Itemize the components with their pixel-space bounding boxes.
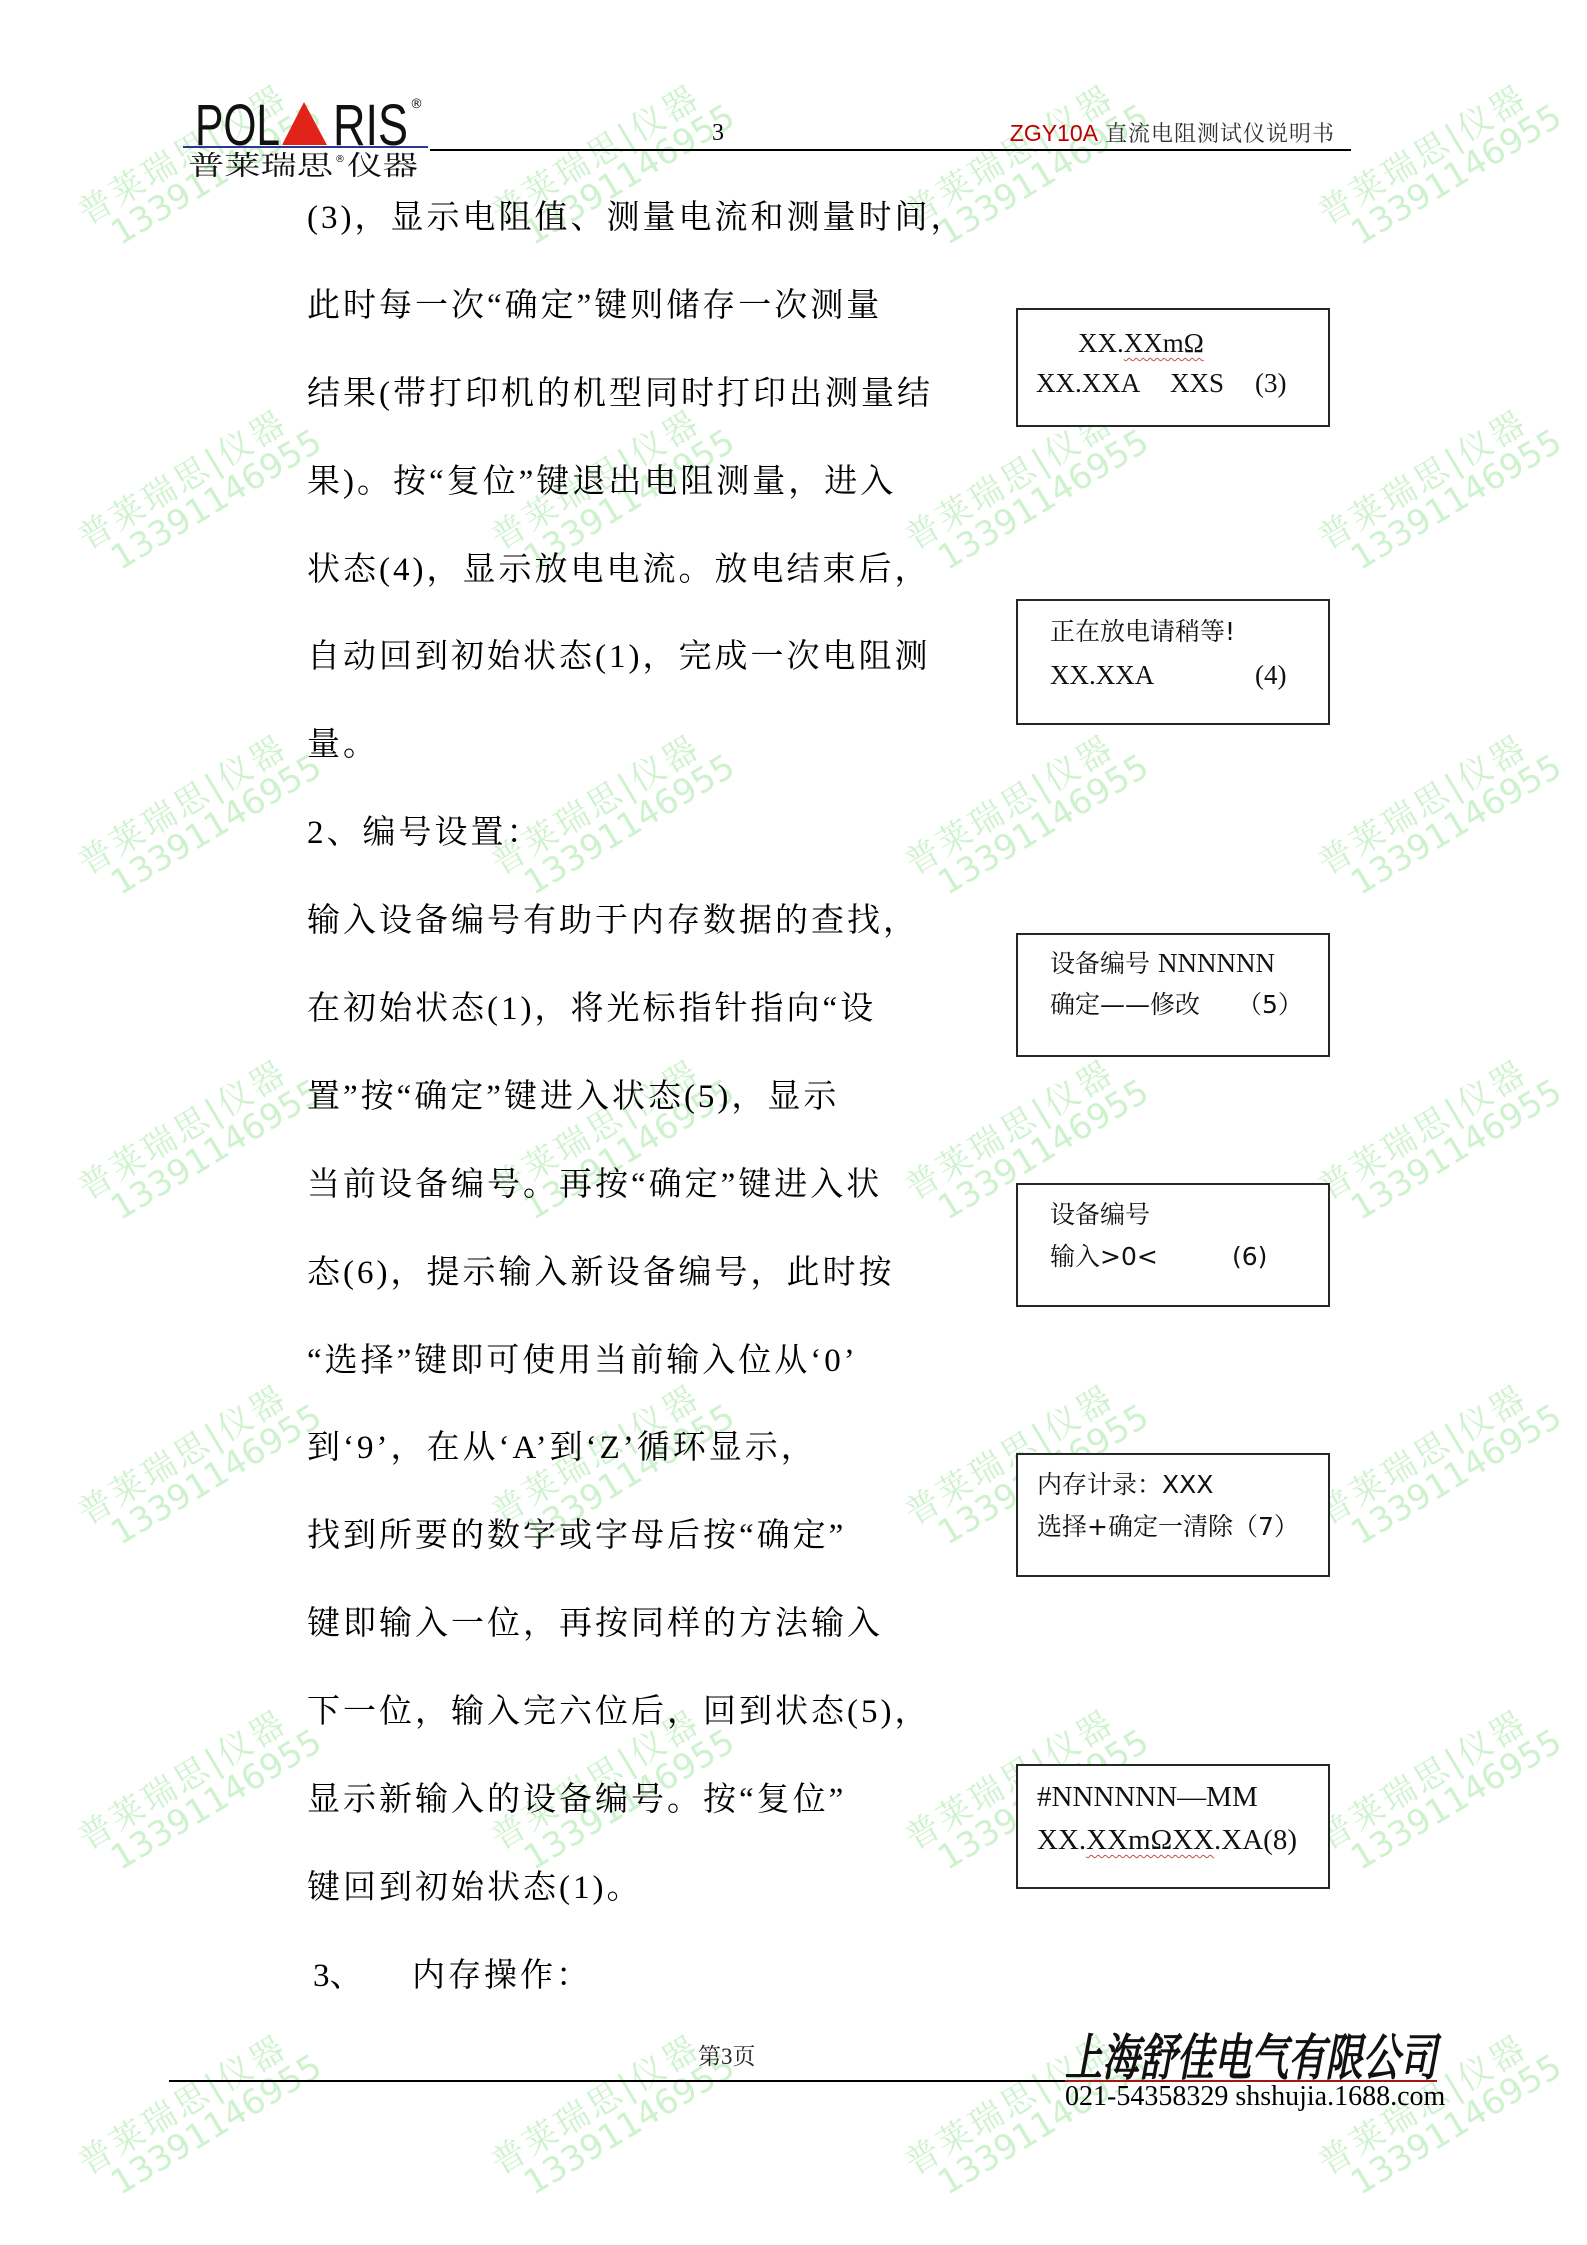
watermark: 普莱瑞思|仪器13391146955 [1313,1695,1567,1885]
lcd-panel-state-6: 设备编号 输入>0< (6) [1016,1183,1330,1307]
watermark-phone: 13391146955 [1330,1724,1567,1885]
company-contact: 021-54358329 shshujia.1688.com [1065,2081,1445,2113]
lcd-state-label: （5） [1237,989,1303,1021]
logo-chinese-suffix: 仪器 [347,151,418,182]
watermark-brand: 普莱瑞思|仪器 [73,1370,310,1531]
body-line: 找到所要的数字或字母后按“确定” [307,1516,846,1556]
watermark-phone: 13391146955 [90,424,327,585]
lcd-record-id: #NNNNNN—MM [1037,1781,1258,1813]
watermark: 普莱瑞思|仪器13391146955 [73,1695,327,1885]
watermark: 普莱瑞思|仪器13391146955 [1313,720,1567,910]
body-line: 自动回到初始状态(1)，完成一次电阻测 [307,637,930,677]
body-line: 置”按“确定”键进入状态(5)，显示 [307,1077,839,1117]
watermark-brand: 普莱瑞思|仪器 [73,720,310,881]
body-line: “选择”键即可使用当前输入位从‘0’ [307,1341,858,1381]
watermark: 普莱瑞思|仪器13391146955 [73,2020,327,2210]
lcd-current: XX.XXA [1050,659,1154,691]
lcd-hint: 确定——修改 [1050,989,1200,1021]
body-line: 键回到初始状态(1)。 [307,1868,642,1908]
polaris-logo: POL RIS ® 普莱瑞思 ® 仪器 [183,95,433,185]
lcd-row: 设备编号NNNNNN [1050,947,1275,979]
watermark-phone: 13391146955 [90,749,327,910]
watermark: 普莱瑞思|仪器13391146955 [1313,1045,1567,1235]
footer-page-label: 第3页 [698,2042,756,2072]
lcd-panel-state-5: 设备编号NNNNNN 确定——修改 （5） [1016,933,1330,1057]
lcd-device-number: NNNNNN [1158,948,1275,978]
lcd-panel-state-7: 内存计录：XXX 选择+确定一清除（7） [1016,1453,1330,1577]
section-3-number: 3、 [313,1956,363,1996]
lcd-state-label: (4) [1255,659,1286,691]
watermark-brand: 普莱瑞思|仪器 [486,2020,723,2181]
watermark-brand: 普莱瑞思|仪器 [1313,1045,1550,1206]
body-line: 态(6)，提示输入新设备编号，此时按 [307,1253,894,1293]
watermark-brand: 普莱瑞思|仪器 [1313,395,1550,556]
watermark: 普莱瑞思|仪器13391146955 [1313,395,1567,585]
body-line: 在初始状态(1)，将光标指针指向“设 [307,989,876,1029]
body-line: 量。 [307,725,379,765]
header-page-number: 3 [712,118,724,148]
watermark-phone: 13391146955 [90,1074,327,1235]
logo-registered-mark: ® [410,97,423,112]
watermark: 普莱瑞思|仪器13391146955 [486,1045,740,1235]
lcd-panel-state-3: XX.XXmΩ XX.XXA XXS (3) [1016,308,1330,427]
body-line: 下一位，输入完六位后，回到状态(5)， [307,1692,930,1732]
lcd-text-underlined: XXmΩXX [1086,1824,1214,1856]
body-line: 结果(带打印机的机型同时打印出测量结 [307,374,933,414]
logo-text-left: POL [195,95,280,158]
watermark-phone: 13391146955 [1330,749,1567,910]
watermark-phone: 13391146955 [1330,1074,1567,1235]
watermark-brand: 普莱瑞思|仪器 [73,2020,310,2181]
lcd-memory-count: 内存计录：XXX [1037,1469,1213,1501]
body-line: 键即输入一位，再按同样的方法输入 [307,1604,883,1644]
body-line: 状态(4)，显示放电电流。放电结束后， [307,550,930,590]
logo-text-right: RIS [333,95,408,158]
watermark: 普莱瑞思|仪器13391146955 [73,720,327,910]
watermark-phone: 13391146955 [90,2049,327,2210]
watermark-phone: 13391146955 [503,2049,740,2210]
body-line: 输入设备编号有助于内存数据的查找， [307,901,919,941]
lcd-text: XX. [1037,1824,1086,1856]
body-line: 当前设备编号。再按“确定”键进入状 [307,1165,882,1205]
body-line: (3)，显示电阻值、测量电流和测量时间， [307,198,966,238]
body-line: 果)。按“复位”键退出电阻测量，进入 [307,462,896,502]
logo-chinese-name: 普莱瑞思 [188,151,334,182]
watermark: 普莱瑞思|仪器13391146955 [900,720,1154,910]
section-3-heading: 内存操作： [412,1956,592,1996]
watermark-brand: 普莱瑞思|仪器 [900,1045,1137,1206]
lcd-current: XX.XXA [1036,367,1140,399]
header-doc-title: ZGY10A直流电阻测试仪说明书 [1010,118,1335,148]
watermark-phone: 13391146955 [917,749,1154,910]
watermark-phone: 13391146955 [1330,99,1567,260]
watermark-brand: 普莱瑞思|仪器 [486,720,723,881]
watermark-phone: 13391146955 [917,424,1154,585]
lcd-input: 输入>0< [1050,1241,1158,1273]
logo-red-triangle-icon [282,102,327,145]
lcd-row: XX.XXmΩ [1078,327,1204,359]
logo-blue-rule [183,146,428,148]
lcd-label: 设备编号 [1050,949,1150,978]
watermark: 普莱瑞思|仪器13391146955 [73,395,327,585]
watermark-brand: 普莱瑞思|仪器 [73,1045,310,1206]
document-page: 普莱瑞思|仪器13391146955 普莱瑞思|仪器13391146955 普莱… [0,0,1587,2245]
lcd-panel-state-4: 正在放电请稍等! XX.XXA (4) [1016,599,1330,725]
lcd-text: XX. [1078,328,1124,358]
watermark-phone: 13391146955 [90,1724,327,1885]
watermark: 普莱瑞思|仪器13391146955 [73,1045,327,1235]
body-line: 此时每一次“确定”键则储存一次测量 [307,286,882,326]
body-line: 到‘9’，在从‘A’到‘Z’循环显示， [307,1428,817,1468]
lcd-text-underlined: XXmΩ [1124,328,1204,358]
logo-chinese-registered-mark: ® [335,154,345,165]
header-title-text: 直流电阻测试仪说明书 [1105,121,1335,146]
lcd-row: XX.XXmΩXX.XA(8) [1037,1824,1297,1856]
watermark-brand: 普莱瑞思|仪器 [73,395,310,556]
watermark-brand: 普莱瑞思|仪器 [1313,1695,1550,1856]
footer-rule [169,2080,1065,2082]
lcd-hint: 选择+确定一清除（7） [1037,1511,1299,1543]
watermark: 普莱瑞思|仪器13391146955 [73,1370,327,1560]
watermark-brand: 普莱瑞思|仪器 [73,1695,310,1856]
watermark-brand: 普莱瑞思|仪器 [900,720,1137,881]
watermark-phone: 13391146955 [90,1399,327,1560]
watermark: 普莱瑞思|仪器13391146955 [1313,70,1567,260]
body-line: 显示新输入的设备编号。按“复位” [307,1780,846,1820]
watermark-brand: 普莱瑞思|仪器 [1313,1370,1550,1531]
lcd-message: 正在放电请稍等! [1050,616,1235,648]
lcd-state-label: (6) [1232,1241,1267,1273]
watermark-brand: 普莱瑞思|仪器 [1313,720,1550,881]
section-heading-numbering: 2、编号设置： [307,813,543,853]
header-model: ZGY10A [1010,120,1098,146]
lcd-panel-state-8: #NNNNNN—MM XX.XXmΩXX.XA(8) [1016,1764,1330,1889]
header-rule [430,149,1351,151]
lcd-text: .XA(8) [1214,1824,1297,1856]
lcd-time: XXS [1170,367,1224,399]
company-name: 上海舒佳电气有限公司 [1065,2028,1442,2082]
company-signature: 上海舒佳电气有限公司 [1060,2018,1445,2082]
lcd-state-label: (3) [1255,367,1286,399]
watermark-phone: 13391146955 [1330,1399,1567,1560]
watermark-phone: 13391146955 [1330,424,1567,585]
watermark: 普莱瑞思|仪器13391146955 [1313,1370,1567,1560]
lcd-label: 设备编号 [1050,1199,1150,1231]
